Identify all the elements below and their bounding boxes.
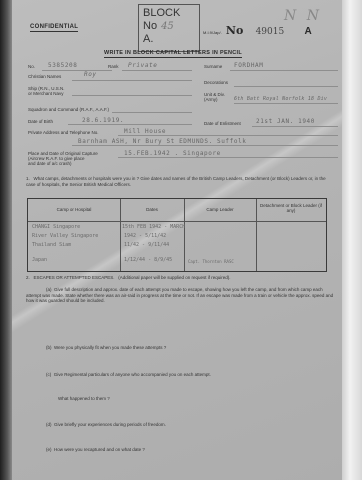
document-page: CONFIDENTIAL BLOCK No45 A. N N M.I.9/Jap… (12, 0, 342, 480)
serial-letter: A (304, 26, 311, 37)
table-row-2-dates: 1942 - 5/11/42 (124, 233, 166, 239)
address-line2: Barnham ASH, Nr Bury St EDMUNDS. Suffolk (78, 138, 247, 145)
question-e: (e) How were you recaptured and on what … (46, 447, 145, 453)
dob-value: 28.6.1919. (82, 117, 124, 124)
block-box-no-value: 45 (161, 21, 174, 32)
unit-label: Unit & Div. (Army) (204, 92, 225, 102)
block-box-line3: A. (143, 33, 195, 46)
question-b: (b) Were you physically fit when you mad… (46, 345, 166, 351)
header-dates: Dates (120, 207, 184, 212)
header-detachment: Detachment or Block Leader (if any) (256, 203, 326, 213)
enlistment-label: Date of Enlistment (204, 121, 241, 126)
enlistment-value: 21st JAN. 1940 (256, 118, 315, 125)
question-c: (c) Give Regimental particulars of anyon… (46, 372, 211, 378)
block-box-line1: BLOCK (143, 7, 195, 20)
surname-value: FORDHAM (234, 62, 264, 69)
capture-value: 15.FEB.1942 . Singapore (124, 150, 221, 157)
block-box-no-label: No (143, 20, 157, 32)
capture-label: Place and Date of Original Capture (Airc… (28, 151, 98, 166)
serial-number: M.I.9/Jap/. No 49015 A (203, 24, 312, 37)
table-row-2-camp: River Valley Singapore (32, 233, 98, 239)
table-row-1-dates: 15th FEB 1942 - MARCH (122, 224, 185, 230)
address-label: Private Address and Telephone No. (28, 130, 98, 135)
serial-no-label: No (226, 24, 243, 37)
christian-names-value: Roy (84, 71, 97, 78)
address-line1: Mill House (124, 128, 166, 135)
instruction-heading: WRITE IN BLOCK CAPITAL LETTERS IN PENCIL (104, 50, 242, 58)
question-a: (a) Give full description and approx. da… (26, 287, 338, 304)
scan-left-edge (0, 0, 12, 480)
rank-value: Private (128, 62, 158, 69)
dob-label: Date of Birth (28, 119, 53, 124)
classification-stamp: CONFIDENTIAL (30, 24, 78, 32)
question-c-followup: What happened to them ? (58, 396, 110, 402)
handwritten-annotation: N N (284, 8, 322, 24)
ship-label: Ship (R.N., U.S.N. or Merchant Navy (28, 86, 65, 96)
decorations-label: Decorations (204, 80, 228, 85)
camps-table: Camp or Hospital Dates Camp Leader Detac… (27, 198, 327, 272)
service-no-value: 5385208 (48, 62, 78, 69)
squadron-label: Squadron and Command (R.A.F., A.A.F.) (28, 107, 109, 112)
table-row-3-dates: 11/42 - 9/11/44 (124, 242, 169, 248)
unit-value: 6th Batt Royal Norfolk 18 Div (234, 96, 327, 102)
service-no-label: No. (28, 64, 35, 69)
question-d: (d) Give briefly your experiences during… (46, 422, 166, 428)
serial-prefix: M.I.9/Jap/. (203, 30, 222, 35)
table-row-4-leader: Capt. Thornton RASC (188, 259, 234, 264)
scan-right-edge (342, 0, 362, 480)
serial-no-value: 49015 (256, 27, 285, 37)
table-row-4-camp: Japan (32, 257, 47, 263)
christian-names-label: Christian Names (28, 74, 61, 79)
surname-label: Surname (204, 64, 222, 69)
rank-label: Rank (108, 64, 119, 69)
table-row-3-camp: Thailand Siam (32, 242, 71, 248)
table-row-4-dates: 1/12/44 - 8/9/45 (124, 257, 172, 263)
table-row-1-camp: CHANGI Singapore (32, 224, 80, 230)
section2-heading: 2. ESCAPES OR ATTEMPTED ESCAPES. (Additi… (26, 275, 336, 281)
block-number-box: BLOCK No45 A. (138, 4, 200, 52)
section1-question: 1. What camps, detachments or hospitals … (26, 176, 336, 187)
header-camp: Camp or Hospital (28, 207, 120, 212)
header-camp-leader: Camp Leader (184, 207, 256, 212)
